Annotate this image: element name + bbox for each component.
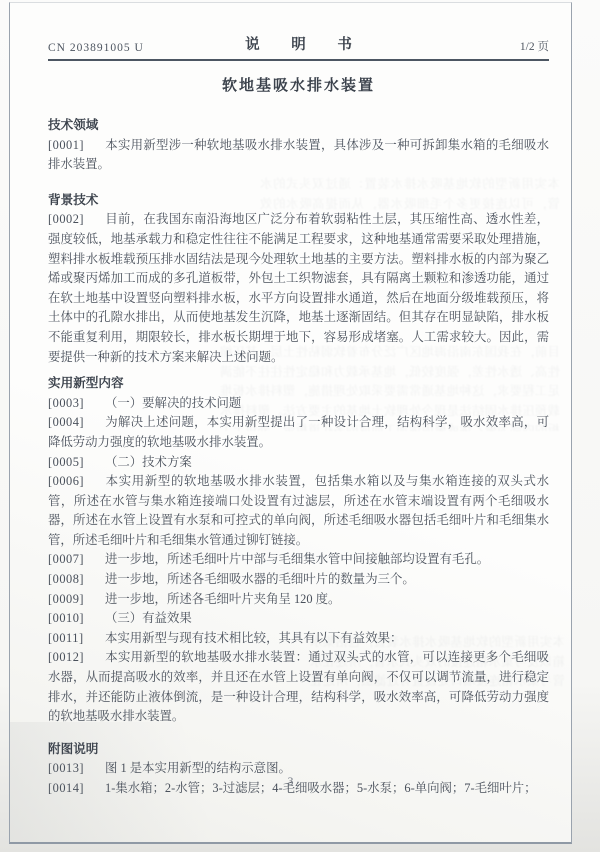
paragraph-text: 进一步地，所述各毛细叶片夹角呈 120 度。	[105, 592, 340, 606]
paragraph-text: （一）要解决的技术问题	[105, 396, 241, 410]
page-number: 3	[10, 776, 571, 788]
paragraph-text: 本实用新型与现有技术相比较，其具有以下有益效果：	[105, 631, 402, 645]
paragraph-number: [0002]	[48, 210, 105, 230]
paragraph-text: 本实用新型的软地基吸水排水装置，包括集水箱以及与集水箱连接的双头式水管，所述在水…	[48, 474, 549, 547]
doc-number: CN 203891005 U	[48, 42, 231, 54]
paragraph-text: 本实用新型的软地基吸水排水装置：通过双头式的水管，可以连接更多个毛细吸水器，从而…	[48, 650, 549, 723]
paragraph-text: 目前，在我国东南沿海地区广泛分布着软弱粘性土层，其压缩性高、透水性差，强度较低，…	[48, 212, 549, 363]
section-heading: 技术领域	[48, 116, 549, 136]
invention-title: 软地基吸水排水装置	[48, 74, 549, 95]
paragraph: [0001]本实用新型涉一种软地基吸水排水装置，具体涉及一种可拆卸集水箱的毛细吸…	[48, 136, 549, 175]
paragraph-number: [0010]	[48, 609, 105, 629]
paragraph: [0006]本实用新型的软地基吸水排水装置，包括集水箱以及与集水箱连接的双头式水…	[48, 472, 549, 550]
paragraph-number: [0009]	[48, 590, 105, 610]
paragraph-number: [0006]	[48, 472, 105, 492]
paragraph-text: 为解决上述问题，本实用新型提出了一种设计合理，结构科学，吸水效率高，可降低劳动力…	[48, 415, 549, 449]
paragraph: [0008]进一步地，所述各毛细吸水器的毛细叶片的数量为三个。	[48, 570, 549, 590]
paragraph-number: [0004]	[48, 413, 105, 433]
paragraph: [0004]为解决上述问题，本实用新型提出了一种设计合理，结构科学，吸水效率高，…	[48, 413, 549, 452]
paragraph: [0012]本实用新型的软地基吸水排水装置：通过双头式的水管，可以连接更多个毛细…	[48, 648, 549, 726]
paragraph-text: 图 1 是本实用新型的结构示意图。	[105, 761, 291, 775]
paragraph-text: 进一步地，所述各毛细吸水器的毛细叶片的数量为三个。	[105, 572, 415, 586]
section-heading: 背景技术	[48, 191, 549, 211]
paragraph-number: [0012]	[48, 648, 105, 668]
paragraph-number: [0001]	[48, 136, 105, 156]
page-header: CN 203891005 U 说 明 书 1/2 页	[48, 33, 549, 61]
paragraph-text: （三）有益效果	[105, 611, 192, 625]
paragraph: [0009]进一步地，所述各毛细叶片夹角呈 120 度。	[48, 590, 549, 610]
paragraph-number: [0003]	[48, 394, 105, 414]
paragraph: [0003]（一）要解决的技术问题	[48, 394, 549, 414]
page-indicator: 1/2 页	[366, 38, 549, 54]
paragraph-number: [0005]	[48, 453, 105, 473]
paragraph: [0005]（二）技术方案	[48, 453, 549, 473]
paragraph-text: 进一步地，所述毛细叶片中部与毛细集水管中间接触部均设置有毛孔。	[105, 552, 489, 566]
section-heading: 实用新型内容	[48, 374, 549, 394]
paragraph-text: （二）技术方案	[105, 455, 192, 469]
patent-page: 本实用新型的软地基吸水排水装置：通过双头式的水管，可以连接更多个毛细吸水器，从而…	[9, 2, 572, 844]
scan-background: 本实用新型的软地基吸水排水装置：通过双头式的水管，可以连接更多个毛细吸水器，从而…	[0, 0, 600, 852]
doc-type-title: 说 明 书	[231, 33, 366, 54]
paragraph-number: [0011]	[48, 629, 105, 649]
paragraph-number: [0008]	[48, 570, 105, 590]
section-heading: 附图说明	[48, 740, 549, 760]
paragraph-number: [0007]	[48, 550, 105, 570]
paragraph: [0007]进一步地，所述毛细叶片中部与毛细集水管中间接触部均设置有毛孔。	[48, 550, 549, 570]
paragraph: [0010]（三）有益效果	[48, 609, 549, 629]
paragraph: [0002]目前，在我国东南沿海地区广泛分布着软弱粘性土层，其压缩性高、透水性差…	[48, 210, 549, 367]
paragraph-text: 本实用新型涉一种软地基吸水排水装置，具体涉及一种可拆卸集水箱的毛细吸水排水装置。	[48, 138, 549, 172]
paragraph: [0011]本实用新型与现有技术相比较，其具有以下有益效果：	[48, 629, 549, 649]
